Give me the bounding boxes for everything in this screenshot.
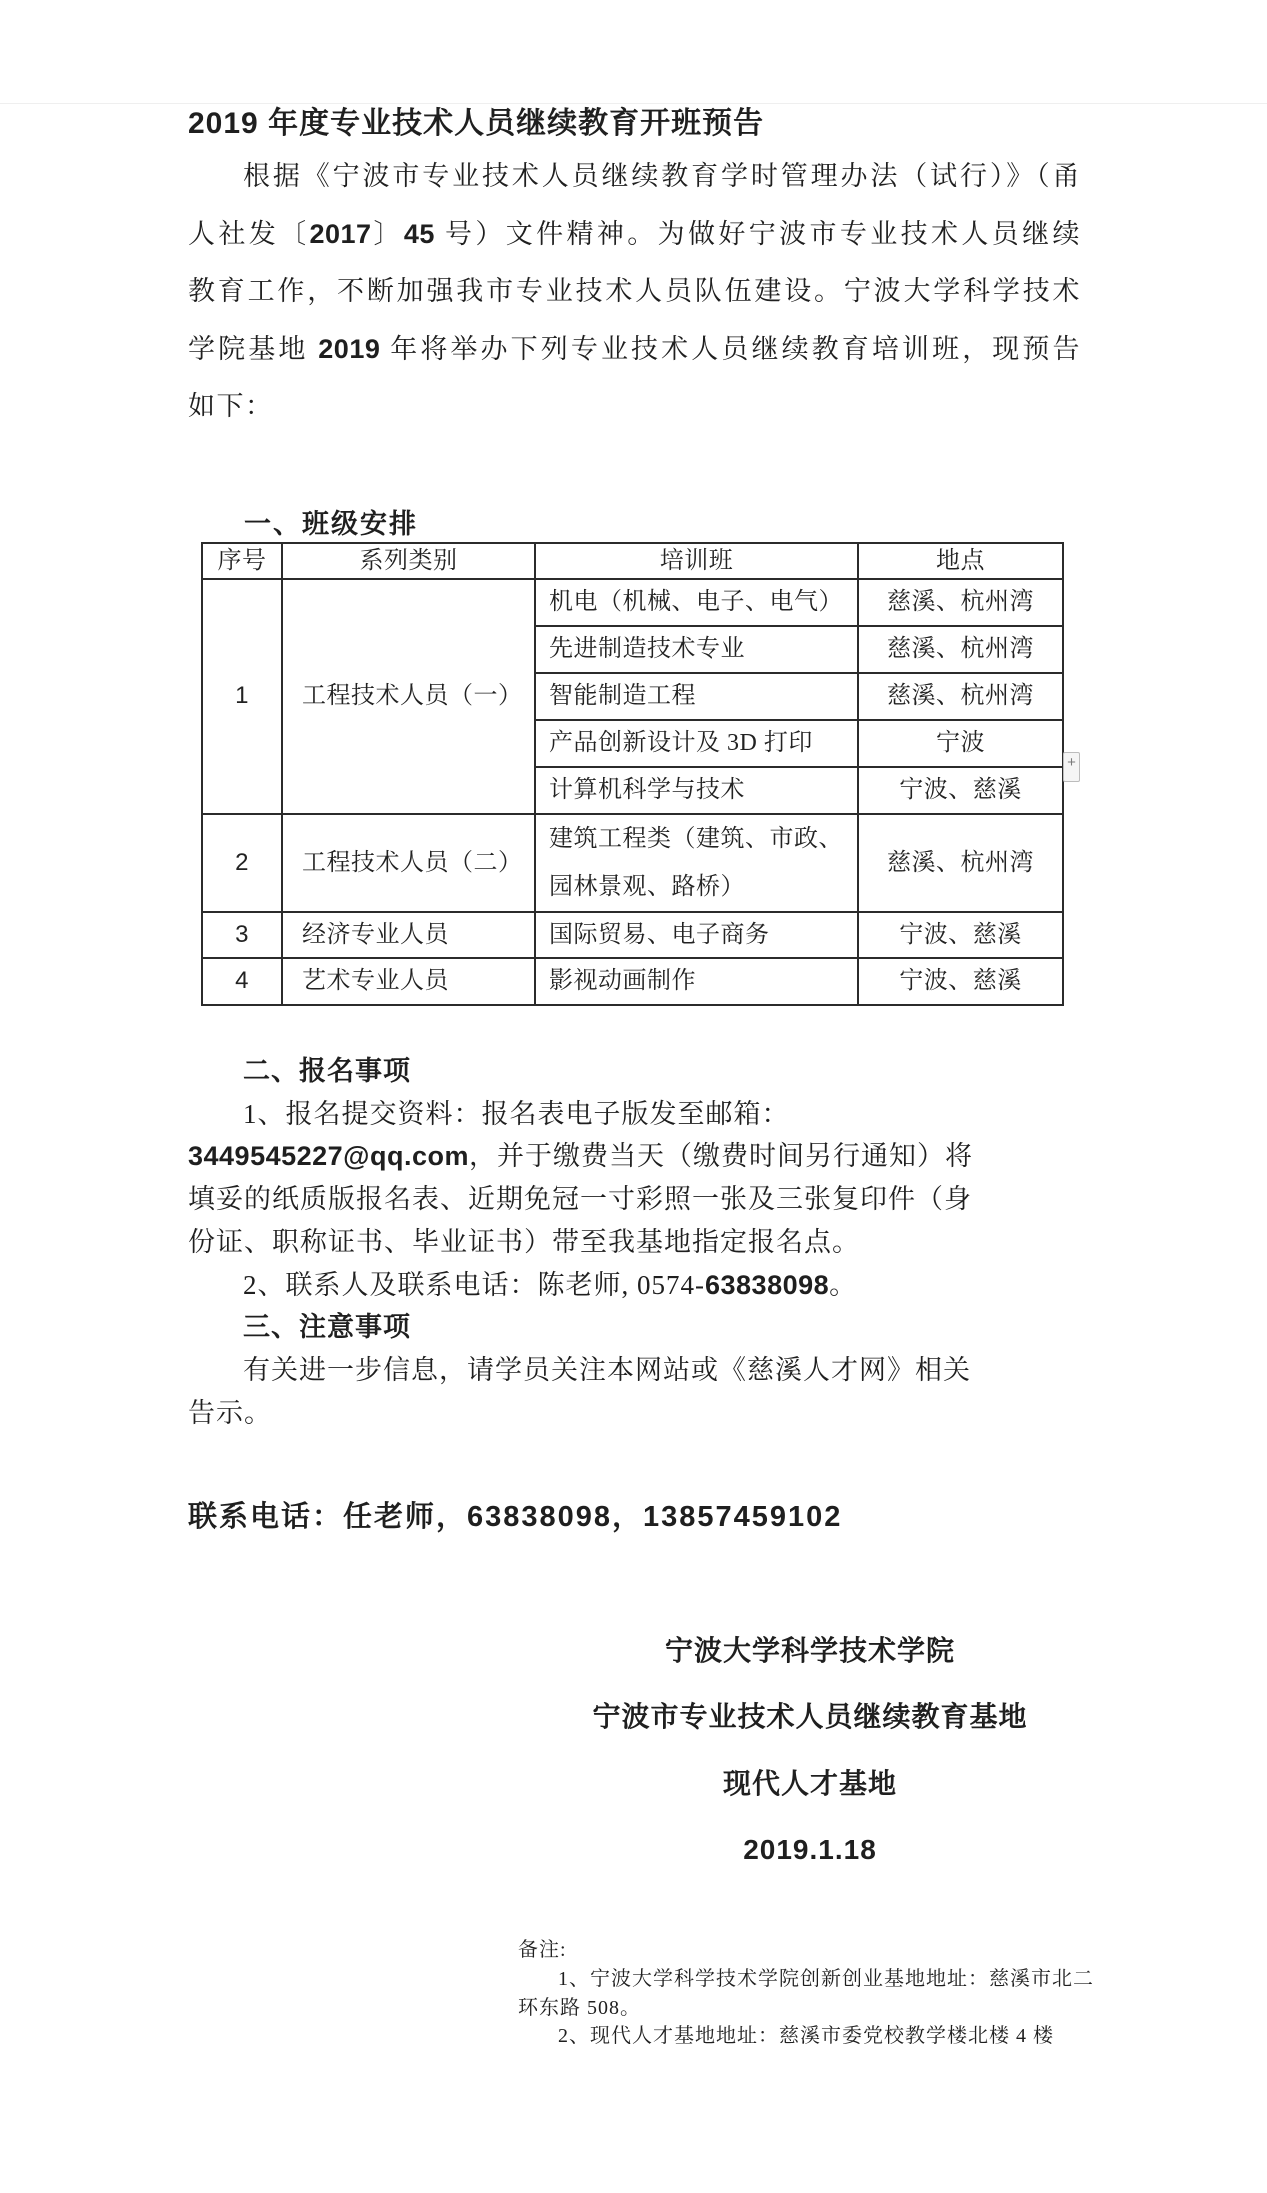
intro-line-5: 如下：	[188, 378, 1081, 436]
note-line-2: 环东路 508。	[518, 1994, 1158, 2023]
contact-phone-line: 联系电话：任老师，63838098，13857459102	[188, 1494, 842, 1535]
section2-line-5: 2、联系人及联系电话：陈老师, 0574-63838098。	[188, 1264, 1081, 1307]
signature-date: 2019.1.18	[480, 1817, 1140, 1883]
table-row: 4 艺术专业人员 影视动画制作 宁波、慈溪	[202, 958, 1063, 1005]
section2-line-4: 份证、职称证书、毕业证书）带至我基地指定报名点。	[188, 1221, 1081, 1264]
location-cell: 宁波	[858, 720, 1063, 767]
intro-line-3: 教育工作，不断加强我市专业技术人员队伍建设。宁波大学科学技术	[188, 263, 1081, 321]
note-line-3: 2、现代人才基地地址：慈溪市委党校教学楼北楼 4 楼	[518, 2022, 1158, 2051]
table-row: 2 工程技术人员（二） 建筑工程类（建筑、市政、园林景观、路桥） 慈溪、杭州湾	[202, 814, 1063, 912]
location-cell: 慈溪、杭州湾	[858, 814, 1063, 912]
signature-org-2: 宁波市专业技术人员继续教育基地	[480, 1684, 1140, 1750]
table-row: 3 经济专业人员 国际贸易、电子商务 宁波、慈溪	[202, 912, 1063, 958]
section2-line-2: 3449545227@qq.com，并于缴费当天（缴费时间另行通知）将	[188, 1135, 1081, 1178]
category-cell: 艺术专业人员	[282, 958, 535, 1005]
location-cell: 慈溪、杭州湾	[858, 626, 1063, 673]
training-cell: 计算机科学与技术	[535, 767, 858, 814]
note-line-1: 1、宁波大学科学技术学院创新创业基地地址：慈溪市北二	[518, 1965, 1158, 1994]
section2-line-3: 填妥的纸质版报名表、近期免冠一寸彩照一张及三张复印件（身	[188, 1178, 1081, 1221]
training-cell: 建筑工程类（建筑、市政、园林景观、路桥）	[535, 814, 858, 912]
location-cell: 宁波、慈溪	[858, 767, 1063, 814]
location-cell: 慈溪、杭州湾	[858, 673, 1063, 720]
intro-line-1: 根据《宁波市专业技术人员继续教育学时管理办法（试行）》（甬	[188, 148, 1081, 206]
section1-heading: 一、班级安排	[244, 502, 418, 541]
category-cell: 工程技术人员（一）	[282, 579, 535, 814]
table-header-row: 序号 系列类别 培训班 地点	[202, 543, 1063, 579]
notes-label: 备注:	[518, 1936, 1158, 1965]
section3-line-1: 有关进一步信息，请学员关注本网站或《慈溪人才网》相关	[188, 1349, 1081, 1392]
section3-heading: 三、注意事项	[188, 1306, 1081, 1349]
intro-line-2: 人社发〔2017〕45 号）文件精神。为做好宁波市专业技术人员继续	[188, 206, 1081, 264]
section3-line-2: 告示。	[188, 1392, 1081, 1435]
class-schedule-table: 序号 系列类别 培训班 地点 1 工程技术人员（一） 机电（机械、电子、电气） …	[201, 542, 1064, 1006]
training-cell: 智能制造工程	[535, 673, 858, 720]
footer-notes: 备注: 1、宁波大学科学技术学院创新创业基地地址：慈溪市北二 环东路 508。 …	[518, 1936, 1158, 2051]
sections-body: 二、报名事项 1、报名提交资料：报名表电子版发至邮箱： 3449545227@q…	[188, 1050, 1081, 1434]
document-page: 2019 年度专业技术人员继续教育开班预告 根据《宁波市专业技术人员继续教育学时…	[0, 0, 1267, 2193]
intro-paragraph: 根据《宁波市专业技术人员继续教育学时管理办法（试行）》（甬 人社发〔2017〕4…	[188, 148, 1081, 436]
location-cell: 慈溪、杭州湾	[858, 579, 1063, 626]
seq-cell: 1	[202, 579, 282, 814]
section2-line-1: 1、报名提交资料：报名表电子版发至邮箱：	[188, 1093, 1081, 1136]
expand-plus-button[interactable]: +	[1063, 752, 1080, 782]
table-row: 1 工程技术人员（一） 机电（机械、电子、电气） 慈溪、杭州湾	[202, 579, 1063, 626]
category-cell: 经济专业人员	[282, 912, 535, 958]
training-cell: 机电（机械、电子、电气）	[535, 579, 858, 626]
header-training: 培训班	[535, 543, 858, 579]
section2-heading: 二、报名事项	[188, 1050, 1081, 1093]
intro-line-4: 学院基地 2019 年将举办下列专业技术人员继续教育培训班，现预告	[188, 321, 1081, 379]
training-cell: 国际贸易、电子商务	[535, 912, 858, 958]
training-cell: 先进制造技术专业	[535, 626, 858, 673]
signature-block: 宁波大学科学技术学院 宁波市专业技术人员继续教育基地 现代人才基地 2019.1…	[480, 1618, 1140, 1884]
training-cell: 产品创新设计及 3D 打印	[535, 720, 858, 767]
header-seq: 序号	[202, 543, 282, 579]
signature-org-3: 现代人才基地	[480, 1751, 1140, 1817]
header-location: 地点	[858, 543, 1063, 579]
document-title: 2019 年度专业技术人员继续教育开班预告	[188, 98, 764, 142]
seq-cell: 4	[202, 958, 282, 1005]
category-cell: 工程技术人员（二）	[282, 814, 535, 912]
training-cell: 影视动画制作	[535, 958, 858, 1005]
seq-cell: 3	[202, 912, 282, 958]
signature-org-1: 宁波大学科学技术学院	[480, 1618, 1140, 1684]
seq-cell: 2	[202, 814, 282, 912]
location-cell: 宁波、慈溪	[858, 912, 1063, 958]
location-cell: 宁波、慈溪	[858, 958, 1063, 1005]
header-category: 系列类别	[282, 543, 535, 579]
